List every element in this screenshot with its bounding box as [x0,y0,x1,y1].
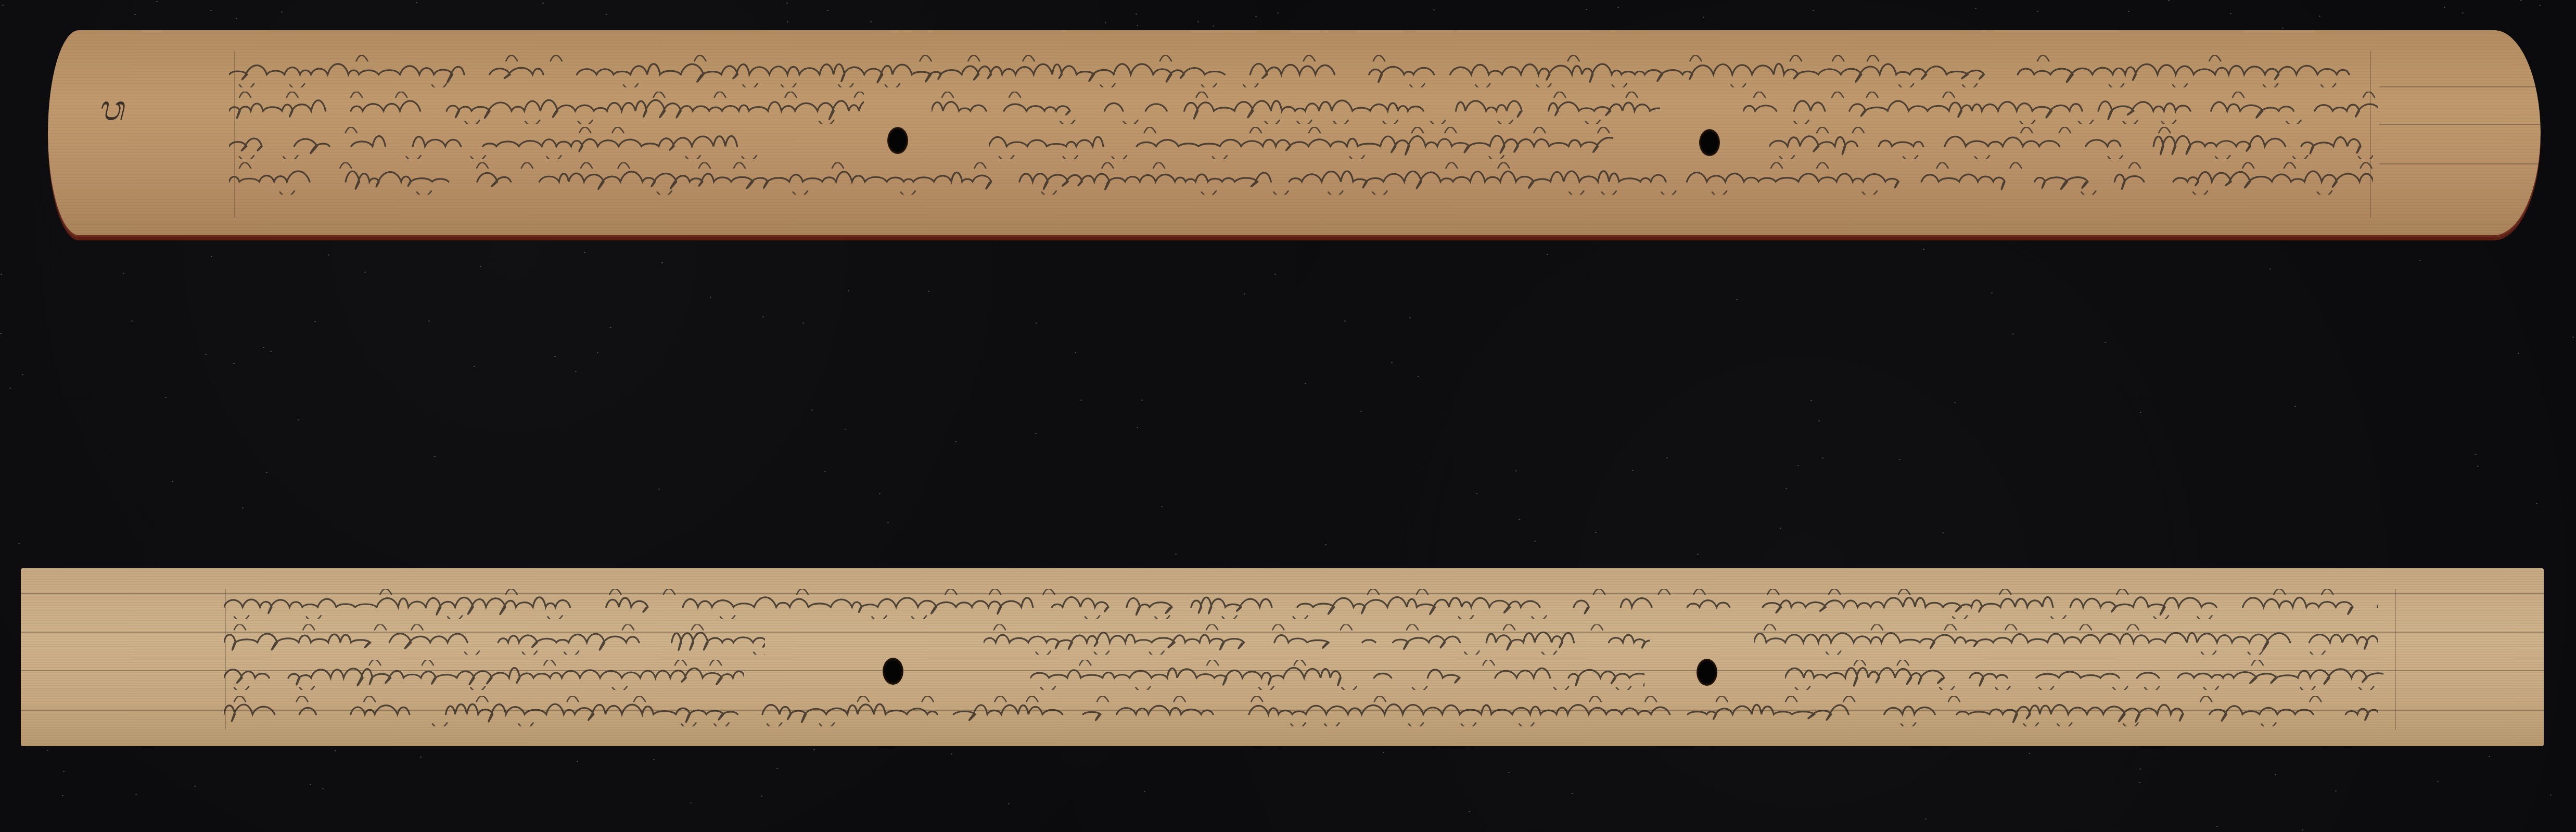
dust-speck [1797,465,1799,466]
dust-speck [1586,9,1587,10]
script-line-segment [229,127,760,159]
dust-speck [270,351,272,352]
dust-speck [824,471,826,472]
dust-speck [1508,772,1510,773]
binding-hole-left [887,127,908,154]
dust-speck [1476,493,1477,494]
right-margin-rule [2395,589,2396,729]
script-line-segment [1769,127,2373,159]
dust-speck [1409,317,1411,318]
dust-speck [1383,752,1384,753]
dust-speck [1780,528,1781,529]
script-line-segment [229,92,864,124]
dust-speck [2302,829,2303,830]
dust-speck [233,363,235,364]
dust-speck [802,323,804,324]
dust-speck [1137,25,1138,26]
dust-speck [428,321,430,322]
dust-speck [1035,433,1037,434]
binding-hole-left [883,658,903,685]
dust-speck [1991,292,1993,293]
ruling-line [2379,124,2541,125]
dust-speck [1161,506,1163,507]
dust-speck [786,3,788,4]
dust-speck [2518,353,2519,354]
script-line-segment [1754,624,2378,655]
script-line-segment [229,55,2363,87]
dust-speck [811,409,813,411]
dust-speck [2012,334,2014,335]
dust-speck [2139,769,2141,770]
dust-speck [1305,383,1306,384]
dust-speck [577,761,578,762]
dust-speck [658,489,660,490]
script-line-segment [989,127,1613,159]
dust-speck [156,1,158,2]
dust-speck [1080,400,1082,401]
dust-speck [1075,352,1076,353]
dust-speck [1703,17,1704,18]
dust-speck [322,788,324,789]
ruling-line [2379,86,2541,87]
dust-speck [2168,0,2170,1]
dust-speck [1786,488,1787,489]
dust-speck [1810,400,1812,401]
dust-speck [575,371,577,372]
page-number-glyph: ᬯ [97,85,124,144]
dust-speck [887,522,889,523]
ruling-line [2379,163,2541,164]
dust-speck [1197,21,1199,22]
dust-speck [653,759,655,760]
palm-leaf-top: ᬯ [48,30,2541,237]
dust-speck [1666,457,1668,458]
dust-speck [2489,756,2490,757]
binding-hole-right [1697,659,1717,686]
dust-speck [870,21,872,22]
dust-speck [1136,14,1137,15]
script-line-segment [224,696,2378,726]
binding-hole-right [1699,129,1720,156]
palm-leaf-bottom [21,568,2544,746]
dust-speck [281,11,283,12]
dust-speck [1144,791,1145,792]
dust-speck [542,3,544,4]
dust-speck [2437,781,2439,782]
dust-speck [661,262,663,263]
dust-speck [1274,274,1276,275]
dust-speck [597,352,598,353]
dust-speck [845,429,846,430]
script-line-segment [984,624,1650,655]
dust-speck [584,252,585,253]
dust-speck [2419,260,2421,261]
dust-speck [1899,459,1901,460]
script-line-segment [1785,660,2383,690]
dust-speck [1925,818,1927,820]
dust-speck [690,802,692,803]
script-line-segment [1030,660,1644,690]
dust-speck [134,14,136,15]
dust-speck [236,18,237,19]
dust-speck [1,274,2,275]
dust-speck [1255,16,1257,17]
dust-speck [18,543,20,544]
dust-speck [242,507,244,508]
dust-speck [955,441,957,442]
dust-speck [1418,376,1419,377]
dust-speck [2139,782,2140,783]
dust-speck [263,347,264,348]
dust-speck [1975,8,1976,9]
dust-speck [1547,254,1548,255]
dust-speck [328,254,329,255]
dust-speck [1923,249,1924,250]
dust-speck [879,493,881,494]
script-line-segment [224,660,744,690]
dust-speck [2029,753,2030,754]
dust-speck [1822,457,1823,458]
dust-speck [2572,337,2574,338]
dust-speck [1105,22,1106,23]
dust-speck [2275,774,2276,775]
dust-speck [266,472,267,473]
script-line-segment [224,624,765,655]
dust-speck [63,771,65,772]
script-line-segment [932,92,1660,124]
dust-speck [787,21,788,22]
dust-speck [123,273,124,274]
script-line-segment [229,162,2373,195]
dust-speck [2294,406,2296,407]
dust-speck [1244,293,1245,295]
dust-speck [951,753,952,754]
script-line-segment [224,589,2378,619]
dust-speck [1360,411,1362,412]
dust-speck [2550,795,2552,796]
script-line-segment [1743,92,2378,124]
dust-speck [22,374,23,375]
dust-speck [1213,25,1214,27]
dust-speck [1954,402,1956,403]
